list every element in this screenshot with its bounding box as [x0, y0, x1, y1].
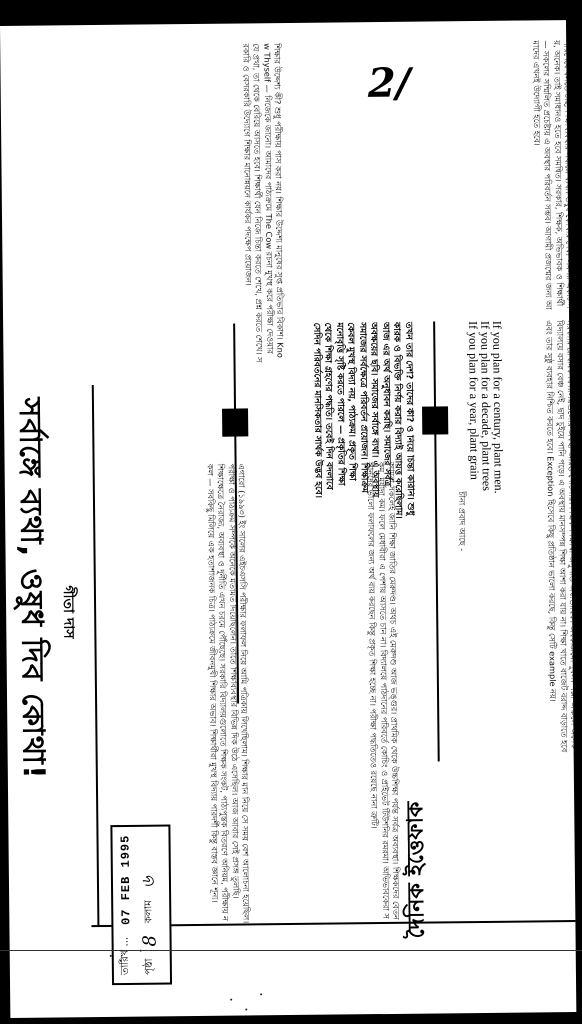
scan-noise: [150, 962, 152, 964]
divider-marker-lower: [422, 406, 448, 434]
fold-line: [0, 950, 582, 951]
scan-noise: [110, 955, 112, 957]
stamp-date-value: 07 FEB 1995: [118, 835, 133, 925]
scan-noise: [260, 993, 262, 995]
stamp-page-label: পৃষ্ঠা: [142, 958, 159, 974]
scan-noise: [230, 999, 232, 1001]
stamp-date-label: তারিখ ...: [118, 937, 135, 975]
article-column-3: শিক্ষার উদ্দেশ্য কী? শুধু পরীক্ষায় পাস …: [102, 43, 285, 365]
handwritten-annotation: 2/: [368, 59, 411, 106]
stamp-column-label: কলাম: [141, 900, 158, 923]
scan-noise: [120, 960, 122, 962]
pull-quote: তখন তার দেশ? তাদের কী? ও নিয়ে চিন্তা কর…: [293, 322, 416, 583]
rotated-content: সর্বাঙ্গে ব্যথা, ওষুধ দিব কোথা! গীতা দাস…: [0, 20, 576, 1018]
divider-marker-upper: [222, 408, 248, 436]
headline: সর্বাঙ্গে ব্যথা, ওষুধ দিব কোথা!: [3, 397, 58, 780]
article-column-5: পরিশেষে বলতে চাই, শিক্ষাব্যবস্থার সর্বাঙ…: [287, 40, 575, 313]
scan-noise: [245, 1008, 247, 1010]
newspaper-clipping: সর্বাঙ্গে ব্যথা, ওষুধ দিব কোথা! গীতা দাস…: [0, 20, 576, 1018]
author-byline: গীতা দাস: [56, 585, 81, 639]
stamp-page-value: 8: [140, 935, 161, 947]
newspaper-masthead: দৈনিক ইত্তেফাক: [398, 801, 436, 938]
english-quote-line-3: If you plan for a century, plant men.: [491, 321, 505, 494]
stamp-column-value: ৬: [134, 876, 165, 888]
english-intro: চীনা প্রবাদ আছে -: [455, 491, 469, 651]
divider-rule-lower: [433, 321, 440, 761]
article-column-4: সরকারি প্রাথমিক বিদ্যালয়গুলোর অবস্থা আর…: [507, 320, 576, 761]
headline-rule: [92, 385, 100, 925]
